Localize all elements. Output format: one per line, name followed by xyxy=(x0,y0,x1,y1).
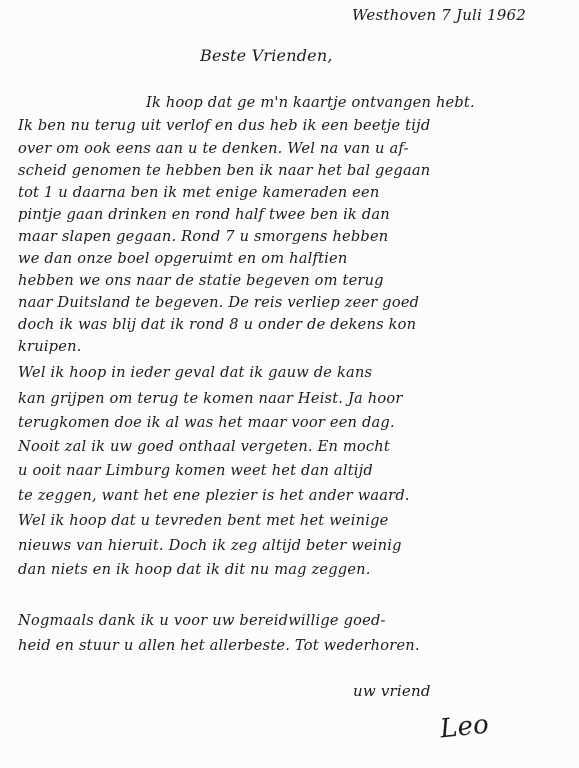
body-line: maar slapen gegaan. Rond 7 u smorgens he… xyxy=(18,228,388,245)
closing: uw vriend xyxy=(353,682,431,700)
body-line: we dan onze boel opgeruimt en om halftie… xyxy=(18,250,347,267)
body-line: kan grijpen om terug te komen naar Heist… xyxy=(18,390,403,407)
body-line: nieuws van hieruit. Doch ik zeg altijd b… xyxy=(18,537,402,554)
letter-page: Westhoven 7 Juli 1962 Beste Vrienden, Ik… xyxy=(0,0,579,768)
body-line: u ooit naar Limburg komen weet het dan a… xyxy=(18,462,373,479)
body-line: over om ook eens aan u te denken. Wel na… xyxy=(18,140,409,157)
place-date: Westhoven 7 Juli 1962 xyxy=(352,6,526,24)
body-line: Ik ben nu terug uit verlof en dus heb ik… xyxy=(18,117,430,134)
greeting: Beste Vrienden, xyxy=(200,46,333,65)
body-line: kruipen. xyxy=(18,338,82,355)
body-line: doch ik was blij dat ik rond 8 u onder d… xyxy=(18,316,416,333)
signature: Leo xyxy=(439,710,491,745)
body-line: Wel ik hoop dat u tevreden bent met het … xyxy=(18,512,388,529)
body-line: hebben we ons naar de statie begeven om … xyxy=(18,272,384,289)
body-line: te zeggen, want het ene plezier is het a… xyxy=(18,487,410,504)
body-line: pintje gaan drinken en rond half twee be… xyxy=(18,206,390,223)
body-line: scheid genomen te hebben ben ik naar het… xyxy=(18,162,430,179)
body-line: heid en stuur u allen het allerbeste. To… xyxy=(18,637,420,654)
body-line: Nooit zal ik uw goed onthaal vergeten. E… xyxy=(18,438,390,455)
body-line: Nogmaals dank ik u voor uw bereidwillige… xyxy=(18,612,386,629)
body-line: tot 1 u daarna ben ik met enige kamerade… xyxy=(18,184,379,201)
body-line: Wel ik hoop in ieder geval dat ik gauw d… xyxy=(18,364,372,381)
body-line: terugkomen doe ik al was het maar voor e… xyxy=(18,414,395,431)
body-line: dan niets en ik hoop dat ik dit nu mag z… xyxy=(18,561,371,578)
body-line: Ik hoop dat ge m'n kaartje ontvangen heb… xyxy=(146,94,475,111)
body-line: naar Duitsland te begeven. De reis verli… xyxy=(18,294,419,311)
